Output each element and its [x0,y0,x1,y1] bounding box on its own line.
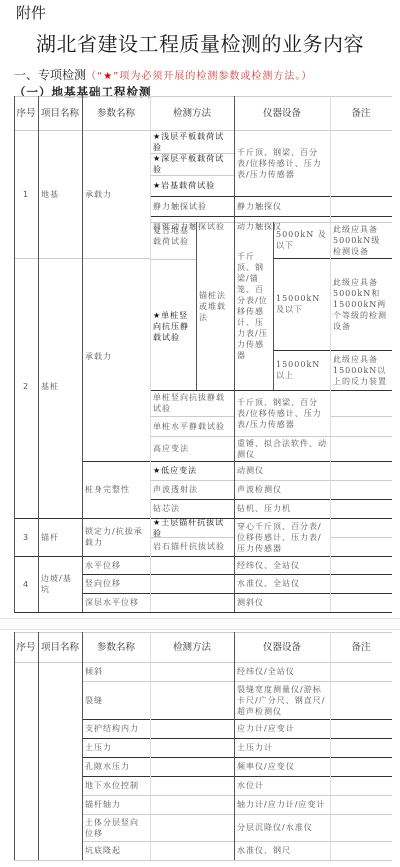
row2-method-high-strain: 高应变法 [150,436,234,461]
p2-param: 土压力 [82,738,150,757]
grid-line [82,841,392,842]
page-break [0,618,400,630]
row2-method-single-pile: ★单桩竖向抗压静载试验 [150,262,196,390]
col-header-equipment: 仪器设备 [234,96,330,130]
grid-line [196,222,197,390]
p2-param: 裂缝 [82,681,150,719]
grid-line [150,222,392,223]
row4-equip-horizontal: 经纬仪、全站仪 [234,556,330,574]
row2-method-uplift: 单桩竖向抗拔静载试验 [150,390,234,416]
p2-equip: 分层沉降仪/水准仪 [234,814,330,841]
grid-line [82,776,392,777]
row2-method-sonic: 声波透射法 [150,480,234,499]
row2-sonic-equip: 声波检测仪 [234,480,330,499]
grid-line [14,662,392,663]
row4-param-deep: 深层水平位移 [82,593,150,612]
grid-line [150,390,392,391]
grid-line [150,96,151,612]
section-title: 一、专项检测 [14,68,86,82]
note-close: ”项为必须开展的检测参数或检测方法。） [113,71,312,82]
row3-no: 3 [14,518,38,556]
p2-param: 孔隙水压力 [82,757,150,776]
row4-item: 边坡/基坑 [38,556,82,612]
grid-line [234,96,235,612]
grid-line [38,632,39,860]
grid-line [14,96,15,612]
grid-line [150,537,234,538]
grid-line [82,593,392,594]
row1-method-shallow-plate: ★浅层平板载荷试验 [150,130,234,153]
grade-5000-note: 此级应具备5000kN级检测设备 [330,222,392,258]
grid-line [82,461,392,462]
col-header-param: 参数名称 [82,632,150,662]
row3-method-rock: 岩石锚杆抗拔试验 [150,537,234,556]
grid-line [82,719,392,720]
grid-line [150,259,196,260]
grid-line [150,499,392,500]
grade-15000-level: 15000kN 及以下 [273,258,330,350]
grid-line [330,632,331,860]
row2-param-capacity: 承载力 [82,258,150,454]
row2-high-strain-equip: 重锤、拟合法软件、动测仪 [234,436,330,461]
grid-line [82,681,392,682]
p2-equip: 土压力计 [234,738,330,757]
p2-param: 倾斜 [82,662,150,681]
section-note: （“★”项为必须开展的检测参数或检测方法。） [86,71,312,82]
row1-method-rock: ★岩基载荷试验 [150,175,234,196]
row1-method-deep-plate: ★深层平板载荷试验 [150,153,234,175]
grid-line [150,480,392,481]
row2-no: 2 [14,258,38,514]
document-title: 湖北省建设工程质量检测的业务内容 [0,28,400,57]
grid-line [82,738,392,739]
grid-line [150,216,392,217]
grid-line [82,757,392,758]
grid-line [273,222,274,390]
grid-line [82,632,83,860]
col-header-method: 检测方法 [150,632,234,662]
grid-line [150,153,234,154]
grid-line [14,96,392,97]
row1-equip-plate: 千斤顶、钢梁、百分表/位移传感计、压力表/压力传感器 [234,130,330,196]
col-header-remark: 备注 [330,632,392,662]
p2-equip: 经纬仪/全站仪 [234,662,330,681]
row3-equip: 穿心千斤顶、百分表/位移传感计、压力表/压力传感器 [234,518,330,556]
row1-method-composite: 复合地基载荷试验 [150,221,196,262]
row2-low-strain-equip: 动测仪 [234,461,330,480]
section-heading-special-inspection: 一、专项检测（“★”项为必须开展的检测参数或检测方法。） [14,66,312,83]
grid-line [150,196,392,197]
row4-equip-deep: 测斜仪 [234,593,330,612]
p2-param: 坑底隆起 [82,841,150,860]
note-open: （“ [86,71,103,82]
attachment-label: 附件 [16,2,46,23]
row4-no: 4 [14,556,38,612]
row1-method-static-cpt: 静力触探试验 [150,196,234,216]
grid-line [273,350,392,351]
col-header-item: 项目名称 [38,96,82,130]
grid-line [82,574,392,575]
p2-equip: 应力计/应变计 [234,719,330,738]
star-icon: ★ [103,71,113,82]
grade-above-15000-level: 15000kN 以上 [273,350,330,390]
row2-uplift-equip: 千斤顶、钢梁、百分表/位移传感计、压力表/压力传感器 [234,390,330,436]
p2-equip: 水位计 [234,776,330,795]
grid-line [150,416,234,417]
grid-line [150,175,234,176]
row2-load-method: 锚桩法或堆载法 [196,222,234,390]
row2-method-core: 钻芯法 [150,499,234,518]
grid-line [14,632,15,860]
row2-param-integrity: 桩身完整性 [82,461,150,518]
grid-line [14,130,392,131]
row2-core-equip: 钻机、压力机 [234,499,330,518]
row1-equip-static: 静力触探仪 [234,196,330,216]
grid-line [14,612,392,613]
col-header-equipment: 仪器设备 [234,632,330,662]
row1-item: 地基 [38,130,82,258]
grade-above-15000-note: 此级应具备15000kN以上的反力装置 [330,350,392,390]
grid-line [82,795,392,796]
grid-line [234,632,235,860]
p2-param: 地下水位控制 [82,776,150,795]
grid-line [14,556,392,557]
col-header-remark: 备注 [330,96,392,130]
grid-line [150,436,392,437]
row2-item: 基桩 [38,258,82,514]
grid-line [14,860,392,861]
col-header-method: 检测方法 [150,96,234,130]
grid-line [150,632,151,860]
p2-param: 支护结构内力 [82,719,150,738]
p2-equip: 轴力计/应力计/应变计 [234,795,330,814]
grid-line [38,96,39,612]
row2-method-low-strain: ★低应变法 [150,461,234,480]
row4-param-horizontal: 水平位移 [82,556,150,574]
col-header-item: 项目名称 [38,632,82,662]
row4-param-vertical: 竖向位移 [82,574,150,593]
grid-line [82,814,392,815]
grid-line [330,416,392,417]
p2-param: 土体分层竖向位移 [82,814,150,841]
p2-equip: 频率仪/应变仪 [234,757,330,776]
col-header-param: 参数名称 [82,96,150,130]
grid-line [82,96,83,612]
row3-param: 锁定力/抗拔承载力 [82,518,150,556]
grid-line [330,537,392,538]
row1-no: 1 [14,130,38,258]
row3-method-soil: ★土层锚杆抗拔试验 [150,518,234,537]
p2-param: 锚杆轴力 [82,795,150,814]
grade-5000-level: 5000kN 及以下 [273,222,330,258]
grid-line [14,518,392,519]
col-header-no: 序号 [14,632,38,662]
row2-method-horizontal: 单桩水平静载试验 [150,416,234,436]
grid-line [14,632,392,633]
col-header-no: 序号 [14,96,38,130]
grid-line [330,96,331,612]
p2-equip: 裂缝宽度测量仪/游标卡尺/广分尺、钢直尺/超声检测仪 [234,681,330,719]
row4-equip-vertical: 水准仪、全站仪 [234,574,330,593]
p2-equip: 水准仪、钢尺 [234,841,330,860]
row2-load-equip: 千斤顶、钢梁/锚笼、百分表/位移传感计、压力表/压力传感器 [234,222,273,390]
row3-item: 锚杆 [38,518,82,556]
grid-line [273,258,392,259]
grade-15000-note: 此级应具备5000kN和15000kN两个等级的检测设备 [330,258,392,350]
row1-param: 承载力 [82,130,150,258]
